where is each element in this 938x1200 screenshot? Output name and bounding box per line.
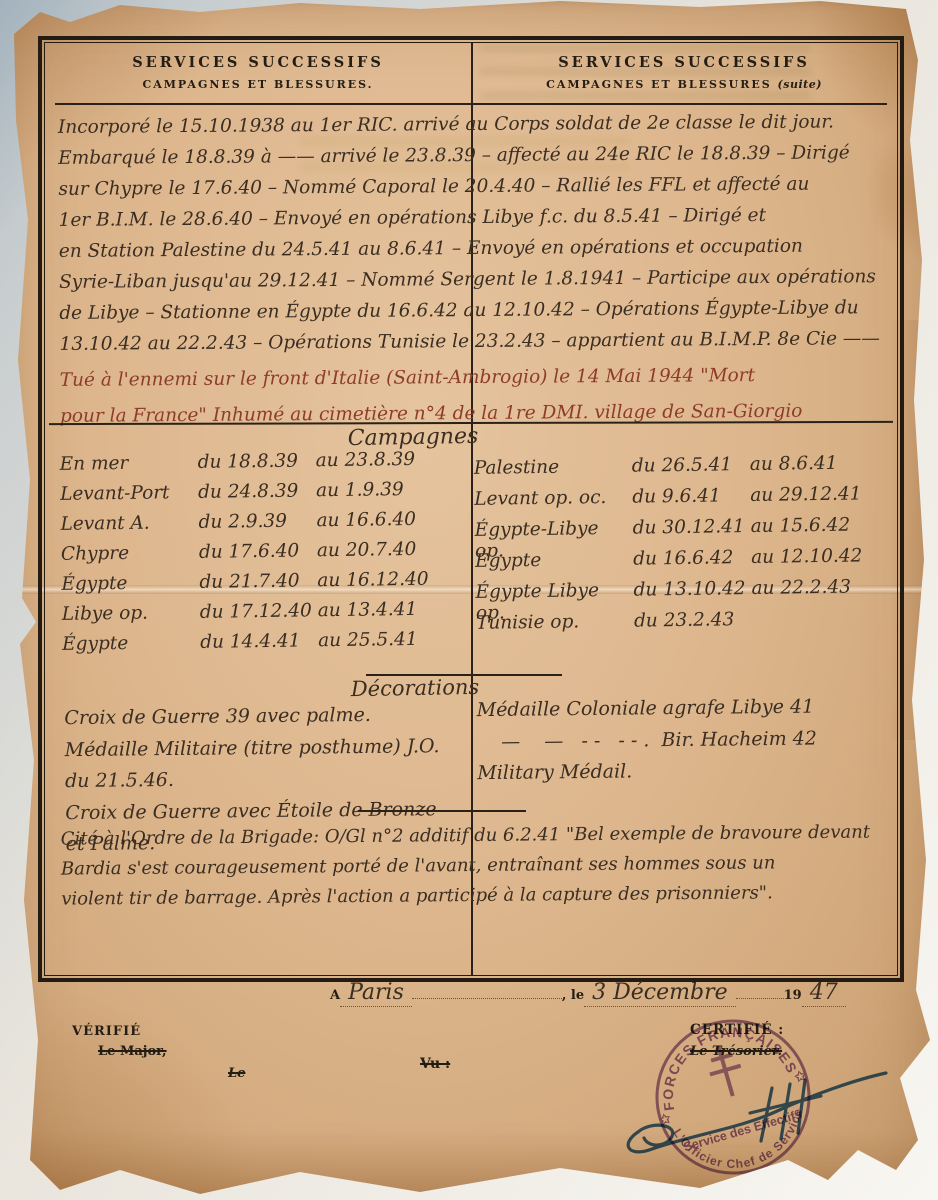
campaign-name: Levant A. [60,512,198,535]
campaign-row: Égypte du 14.4.41 au 25.5.41 [62,628,470,664]
paper-stain [0,980,260,1200]
campaign-from: du 21.7.40 [199,570,317,593]
campaign-to: au 8.6.41 [750,452,882,475]
citation-text: Cité à l'Ordre de la Brigade: O/Gl n°2 a… [61,817,886,914]
campaign-from: du 30.12.41 [633,516,751,539]
campaign-to: au 22.2.43 [751,576,883,599]
le-label: , le [562,988,584,1003]
signature-ink [600,1040,900,1160]
campaigns-right-column: Palestine du 26.5.41 au 8.6.41 Levant op… [474,452,885,644]
campaign-to: au 16.12.40 [317,568,469,591]
campaign-from: du 17.12.40 [200,600,318,623]
service-record: Incorporé le 15.10.1938 au 1er RIC. arri… [58,106,890,435]
campaign-from: du 26.5.41 [632,454,750,477]
campaign-to [752,623,884,625]
dotted-line [412,984,562,999]
header-right-subtitle: CAMPAGNES ET BLESSURES (suite) [471,78,897,91]
header-right: SERVICES SUCCESSIFS CAMPAGNES ET BLESSUR… [471,43,897,103]
campaign-from: du 23.2.43 [634,609,752,632]
header-right-subtitle-text: CAMPAGNES ET BLESSURES [546,78,772,91]
campaign-from: du 24.8.39 [198,480,316,503]
campaign-name: Tunisie op. [476,611,634,634]
campaign-name: Égypte [61,572,199,595]
campaign-from: du 18.8.39 [198,450,316,473]
campaign-to: au 16.6.40 [316,508,468,531]
header-rule [55,103,887,105]
campaign-name: Chypre [61,542,199,565]
decorations-right: Médaille Coloniale agrafe Libye 41 — — -… [477,691,880,790]
campaign-to: au 20.7.40 [317,538,469,561]
campaign-from: du 9.6.41 [632,485,750,508]
citation-rule [358,810,526,812]
campaign-from: du 13.10.42 [633,578,751,601]
campaign-to: au 29.12.41 [750,483,882,506]
campaign-to: au 23.8.39 [316,448,468,471]
place-handwritten: Paris [340,980,412,1007]
campaign-name: Palestine [474,456,632,479]
table-frame: SERVICES SUCCESSIFS CAMPAGNES ET BLESSUR… [38,36,904,982]
campaign-to: au 25.5.41 [318,628,470,651]
header-right-title: SERVICES SUCCESSIFS [471,54,897,71]
campaign-from: du 17.6.40 [199,540,317,563]
campaign-name: Égypte [475,549,633,572]
campaign-to: au 15.6.42 [751,514,883,537]
paper-sheet: SERVICES SUCCESSIFS CAMPAGNES ET BLESSUR… [0,0,938,1200]
campaign-name: Libye op. [62,602,200,625]
campaign-to: au 12.10.42 [751,545,883,568]
header-left-subtitle: CAMPAGNES ET BLESSURES. [45,78,471,91]
campaign-name: Levant-Port [60,482,198,505]
campaign-to: au 1.9.39 [316,478,468,501]
header-right-suite: (suite) [778,78,822,91]
major-label: Le Major, [98,1044,167,1059]
campaign-name: Égypte [62,632,200,655]
table-header: SERVICES SUCCESSIFS CAMPAGNES ET BLESSUR… [45,43,897,103]
campaign-from: du 16.6.42 [633,547,751,570]
table-frame-inner: SERVICES SUCCESSIFS CAMPAGNES ET BLESSUR… [44,42,898,976]
header-left-title: SERVICES SUCCESSIFS [45,54,471,71]
service-record-text: Incorporé le 15.10.1938 au 1er RIC. arri… [58,106,890,360]
dotted-line [736,984,784,999]
campaign-name: Levant op. oc. [474,487,632,510]
campaign-from: du 14.4.41 [200,630,318,653]
campaigns-left-column: En mer du 18.8.39 au 23.8.39 Levant-Port… [60,448,471,664]
vu-label: Vu : [420,1056,450,1072]
campaign-from: du 2.9.39 [198,510,316,533]
campaign-row: Tunisie op. du 23.2.43 [476,607,884,644]
header-left: SERVICES SUCCESSIFS CAMPAGNES ET BLESSUR… [45,43,471,103]
campaign-name: En mer [60,452,198,475]
verified-label: VÉRIFIÉ [72,1024,141,1039]
le-struck-label: Le [228,1066,245,1081]
campaign-to: au 13.4.41 [318,598,470,621]
place-prefix: A [330,988,340,1003]
